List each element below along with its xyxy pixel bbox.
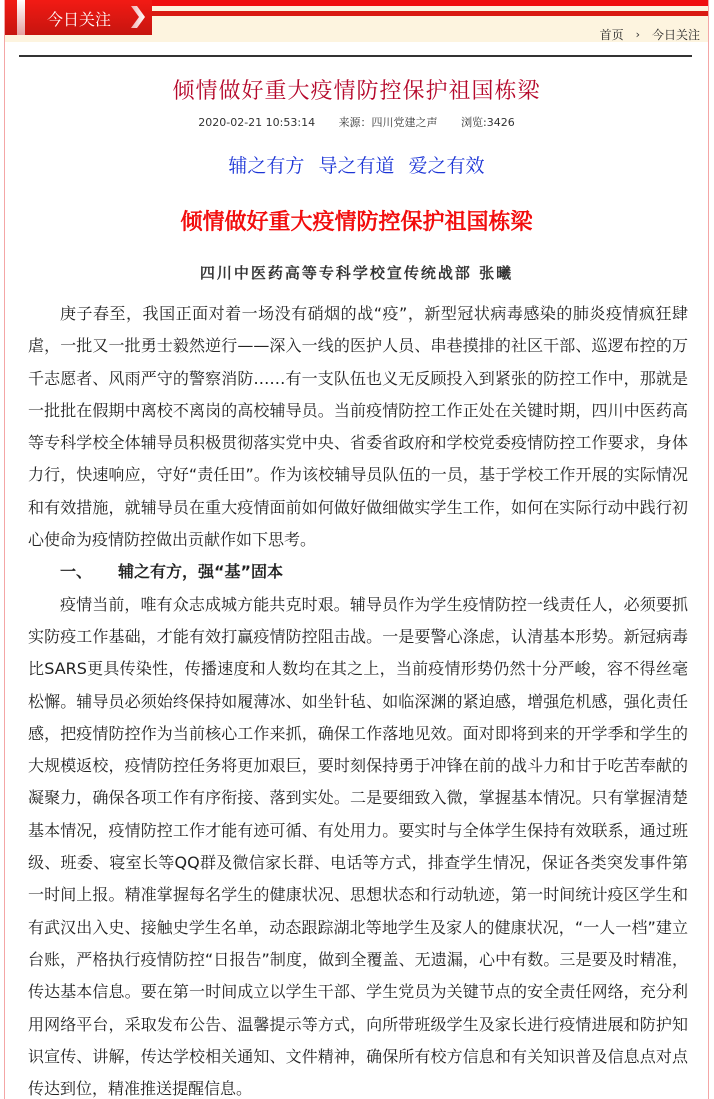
subtitle-part-3: 爱之有效: [409, 155, 485, 177]
publish-date: 2020-02-21 10:53:14: [198, 116, 315, 129]
breadcrumb-separator-icon: ›: [636, 28, 640, 41]
view-count: 浏览:3426: [461, 116, 515, 129]
article-headline: 倾情做好重大疫情防控保护祖国栋梁: [5, 205, 708, 236]
article-author: 四川中医药高等专科学校宣传统战部 张曦: [5, 262, 708, 283]
article-title: 倾情做好重大疫情防控保护祖国栋梁: [5, 74, 708, 105]
breadcrumb-home-link[interactable]: 首页: [600, 26, 624, 43]
subtitle-part-2: 导之有道: [318, 155, 394, 177]
section-title: 辅之有方，强“基”固本: [118, 562, 283, 581]
chevron-right-icon: [131, 6, 145, 28]
title-divider: [19, 55, 692, 57]
page-frame: 今日关注 首页 › 今日关注 倾情做好重大疫情防控保护祖国栋梁 2020-02-…: [4, 0, 709, 1099]
section-heading-1: 一、辅之有方，强“基”固本: [28, 556, 688, 588]
article-meta: 2020-02-21 10:53:14 来源：四川党建之声 浏览:3426: [5, 114, 708, 130]
article-body: 庚子春至，我国正面对着一场没有硝烟的战“疫”，新型冠状病毒感染的肺炎疫情疯狂肆虐…: [28, 298, 688, 1099]
tab-label: 今日关注: [47, 7, 111, 30]
article-source: 来源：四川党建之声: [339, 116, 438, 129]
section-number: 一、: [60, 562, 92, 581]
section-header: 今日关注 首页 › 今日关注: [5, 0, 708, 42]
breadcrumb-current[interactable]: 今日关注: [652, 26, 700, 43]
section-tab-today-focus[interactable]: 今日关注: [5, 0, 152, 35]
paragraph-intro: 庚子春至，我国正面对着一场没有硝烟的战“疫”，新型冠状病毒感染的肺炎疫情疯狂肆虐…: [28, 298, 688, 556]
tab-highlight-bar: [17, 0, 25, 35]
breadcrumb: 首页 › 今日关注: [600, 26, 700, 43]
paragraph-section-1: 疫情当前，唯有众志成城方能共克时艰。辅导员作为学生疫情防控一线责任人，必须要抓实…: [28, 589, 688, 1099]
subtitle-part-1: 辅之有方: [228, 155, 304, 177]
article-subtitle: 辅之有方 导之有道 爱之有效: [5, 151, 708, 178]
